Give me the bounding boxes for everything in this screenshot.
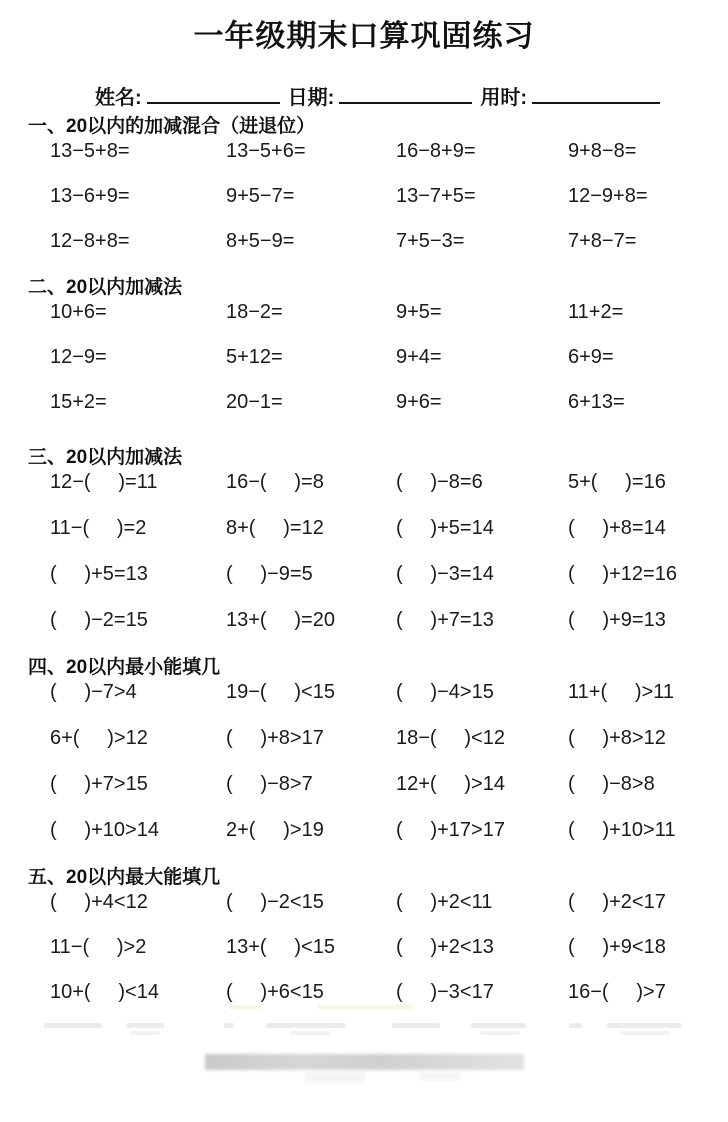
problem: 7+8−7= bbox=[568, 229, 728, 253]
problem: 13−5+6= bbox=[226, 139, 396, 163]
problem: ( )+9<18 bbox=[568, 935, 728, 959]
problem: 8+5−9= bbox=[226, 229, 396, 253]
problem: 16−( )>7 bbox=[568, 980, 728, 1004]
problem-row: 13−5+8=13−5+6=16−8+9=9+8−8= bbox=[50, 139, 728, 184]
problem: ( )+2<13 bbox=[396, 935, 568, 959]
faded-text-remnant bbox=[392, 1023, 440, 1028]
problem: ( )−4>15 bbox=[396, 680, 568, 704]
problem-row: ( )+4<12( )−2<15( )+2<11( )+2<17 bbox=[50, 890, 728, 935]
problem: 15+2= bbox=[50, 390, 226, 414]
section: 三、20以内加减法12−( )=1116−( )=8( )−8=65+( )=1… bbox=[28, 446, 728, 654]
problem-row: 11−( )>213+( )<15( )+2<13( )+9<18 bbox=[50, 935, 728, 980]
time-label: 用时: bbox=[480, 87, 527, 109]
blurred-watermark bbox=[205, 1054, 524, 1070]
problem: 13−7+5= bbox=[396, 184, 568, 208]
section: 四、20以内最小能填几( )−7>419−( )<15( )−4>1511+( … bbox=[28, 656, 728, 864]
faded-text-remnant bbox=[471, 1023, 526, 1028]
problem-row: 12−9=5+12=9+4=6+9= bbox=[50, 345, 728, 390]
problem: ( )−8=6 bbox=[396, 470, 568, 494]
problem: ( )+12=16 bbox=[568, 562, 728, 586]
faded-text-remnant bbox=[224, 1023, 234, 1028]
problem: 10+( )<14 bbox=[50, 980, 226, 1004]
worksheet-title: 一年级期末口算巩固练习 bbox=[0, 18, 728, 56]
problem-row: ( )+10>142+( )>19( )+17>17( )+10>11 bbox=[50, 818, 728, 864]
problem: ( )+10>11 bbox=[568, 818, 728, 842]
worksheet-page: 一年级期末口算巩固练习 姓名:日期:用时: 一、20以内的加减混合（进退位）13… bbox=[0, 0, 728, 1025]
problem: ( )−2=15 bbox=[50, 608, 226, 632]
name-label: 姓名: bbox=[95, 87, 142, 109]
problem: ( )+17>17 bbox=[396, 818, 568, 842]
problem-row: 13−6+9=9+5−7=13−7+5=12−9+8= bbox=[50, 184, 728, 229]
problem: ( )+5=13 bbox=[50, 562, 226, 586]
problem: ( )+8>12 bbox=[568, 726, 728, 750]
blurred-watermark-tail bbox=[420, 1072, 460, 1080]
problem: 11+2= bbox=[568, 300, 728, 324]
problem: 13−6+9= bbox=[50, 184, 226, 208]
faded-text-remnant bbox=[130, 1031, 160, 1035]
problem-row: 12−( )=1116−( )=8( )−8=65+( )=16 bbox=[50, 470, 728, 516]
problem: 13+( )=20 bbox=[226, 608, 396, 632]
problem: ( )−8>7 bbox=[226, 772, 396, 796]
faded-text-remnant bbox=[44, 1023, 102, 1028]
problem-row: 11−( )=28+( )=12( )+5=14( )+8=14 bbox=[50, 516, 728, 562]
problem: 2+( )>19 bbox=[226, 818, 396, 842]
section-heading: 三、20以内加减法 bbox=[28, 446, 728, 470]
problem: 12+( )>14 bbox=[396, 772, 568, 796]
problem: ( )−3<17 bbox=[396, 980, 568, 1004]
problem-row: 10+( )<14( )+6<15( )−3<1716−( )>7 bbox=[50, 980, 728, 1025]
problem: ( )+10>14 bbox=[50, 818, 226, 842]
problem: 16−( )=8 bbox=[226, 470, 396, 494]
problem: ( )−8>8 bbox=[568, 772, 728, 796]
problem: ( )−2<15 bbox=[226, 890, 396, 914]
problem: 12−9+8= bbox=[568, 184, 728, 208]
problem-row: ( )+5=13( )−9=5( )−3=14( )+12=16 bbox=[50, 562, 728, 608]
problem: 19−( )<15 bbox=[226, 680, 396, 704]
section: 二、20以内加减法10+6=18−2=9+5=11+2=12−9=5+12=9+… bbox=[28, 276, 728, 435]
problem: 10+6= bbox=[50, 300, 226, 324]
name-blank bbox=[147, 84, 280, 104]
problem: 9+6= bbox=[396, 390, 568, 414]
problem: ( )−3=14 bbox=[396, 562, 568, 586]
problem: 18−2= bbox=[226, 300, 396, 324]
problem: 5+( )=16 bbox=[568, 470, 728, 494]
problem: 13+( )<15 bbox=[226, 935, 396, 959]
date-label: 日期: bbox=[288, 87, 335, 109]
problem: 12−9= bbox=[50, 345, 226, 369]
problem: 8+( )=12 bbox=[226, 516, 396, 540]
section: 一、20以内的加减混合（进退位）13−5+8=13−5+6=16−8+9=9+8… bbox=[28, 115, 728, 274]
problem-row: 15+2=20−1=9+6=6+13= bbox=[50, 390, 728, 435]
problem: 16−8+9= bbox=[396, 139, 568, 163]
problem: 9+5= bbox=[396, 300, 568, 324]
section-heading: 四、20以内最小能填几 bbox=[28, 656, 728, 680]
time-blank bbox=[532, 84, 660, 104]
section-heading: 一、20以内的加减混合（进退位） bbox=[28, 115, 728, 139]
faded-text-remnant bbox=[569, 1023, 582, 1028]
problem: ( )+2<11 bbox=[396, 890, 568, 914]
problem: 7+5−3= bbox=[396, 229, 568, 253]
problem: 5+12= bbox=[226, 345, 396, 369]
section-heading: 二、20以内加减法 bbox=[28, 276, 728, 300]
faded-text-remnant bbox=[126, 1023, 164, 1028]
scan-smudge bbox=[318, 1005, 413, 1009]
problem: 11−( )>2 bbox=[50, 935, 226, 959]
problem: 9+4= bbox=[396, 345, 568, 369]
problem-row: 10+6=18−2=9+5=11+2= bbox=[50, 300, 728, 345]
date-blank bbox=[339, 84, 472, 104]
section: 五、20以内最大能填几( )+4<12( )−2<15( )+2<11( )+2… bbox=[28, 866, 728, 1025]
problem: ( )+8>17 bbox=[226, 726, 396, 750]
problem: 20−1= bbox=[226, 390, 396, 414]
problem: ( )+7=13 bbox=[396, 608, 568, 632]
faded-text-remnant bbox=[607, 1023, 682, 1028]
problem: 6+( )>12 bbox=[50, 726, 226, 750]
problem: 6+13= bbox=[568, 390, 728, 414]
problem: 18−( )<12 bbox=[396, 726, 568, 750]
faded-text-remnant bbox=[480, 1031, 520, 1035]
problem: ( )−9=5 bbox=[226, 562, 396, 586]
problem: ( )+9=13 bbox=[568, 608, 728, 632]
problem-row: 12−8+8=8+5−9=7+5−3=7+8−7= bbox=[50, 229, 728, 274]
problem-row: ( )−2=1513+( )=20( )+7=13( )+9=13 bbox=[50, 608, 728, 654]
problem: 11−( )=2 bbox=[50, 516, 226, 540]
problem: ( )+5=14 bbox=[396, 516, 568, 540]
scan-smudge bbox=[228, 1005, 262, 1009]
problem: ( )+2<17 bbox=[568, 890, 728, 914]
sections: 一、20以内的加减混合（进退位）13−5+8=13−5+6=16−8+9=9+8… bbox=[28, 115, 728, 1025]
blurred-watermark-tail bbox=[305, 1072, 365, 1082]
problem: 12−( )=11 bbox=[50, 470, 226, 494]
faded-text-remnant bbox=[266, 1023, 346, 1028]
student-info-line: 姓名:日期:用时: bbox=[95, 84, 728, 111]
problem: 6+9= bbox=[568, 345, 728, 369]
problem: 12−8+8= bbox=[50, 229, 226, 253]
problem: 9+5−7= bbox=[226, 184, 396, 208]
problem-row: ( )+7>15( )−8>712+( )>14( )−8>8 bbox=[50, 772, 728, 818]
problem-row: ( )−7>419−( )<15( )−4>1511+( )>11 bbox=[50, 680, 728, 726]
problem: ( )+4<12 bbox=[50, 890, 226, 914]
faded-text-remnant bbox=[290, 1031, 330, 1035]
problem: 11+( )>11 bbox=[568, 680, 728, 704]
problem: 9+8−8= bbox=[568, 139, 728, 163]
problem: ( )+6<15 bbox=[226, 980, 396, 1004]
faded-text-remnant bbox=[620, 1031, 670, 1035]
section-heading: 五、20以内最大能填几 bbox=[28, 866, 728, 890]
problem: ( )+7>15 bbox=[50, 772, 226, 796]
problem: 13−5+8= bbox=[50, 139, 226, 163]
problem: ( )−7>4 bbox=[50, 680, 226, 704]
problem: ( )+8=14 bbox=[568, 516, 728, 540]
problem-row: 6+( )>12( )+8>1718−( )<12( )+8>12 bbox=[50, 726, 728, 772]
